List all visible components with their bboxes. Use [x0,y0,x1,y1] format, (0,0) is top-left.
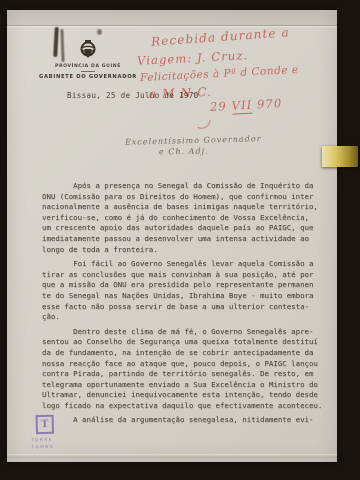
letterhead-office-label: GABINETE DO GOVERNADOR [33,74,143,80]
top-shadow-strip [7,10,337,25]
body-paragraph-4: A análise da argumentação senegalesa, ni… [42,415,334,426]
red-ink-date-day: 29 [210,99,228,114]
red-ink-squiggle [197,117,211,132]
archive-background: PROVÍNCIA DA GUINÉ GABINETE DO GOVERNADO… [0,0,360,480]
dedication-line-1: Excelentíssimo Governador [125,134,262,147]
coat-of-arms-icon [78,40,98,62]
body-paragraph-1: Após a presença no Senegal da Comissão d… [42,181,334,255]
red-ink-date: 29 VII 970 [210,96,283,114]
red-ink-line-1: Recebida durante a [151,25,290,49]
dedication-line-2: e Ch. Adj. [159,147,209,157]
body-paragraph-2: Foi fácil ao Governo Senegalês levar aqu… [42,259,334,323]
stamp-letter-box: T [36,415,54,434]
dateline: Bissau, 25 de Julho de 1970 [67,91,199,100]
letterhead: PROVÍNCIA DA GUINÉ GABINETE DO GOVERNADO… [33,40,143,80]
bottom-edge-highlight [7,454,337,458]
stamp-text-line-1: TORRE [31,436,54,442]
ink-speck [97,29,102,35]
red-ink-line-3: Felicitações à Pª d Conde e [140,64,299,84]
archive-stamp: T TORRE TOMBO [31,415,55,450]
red-ink-date-year: 970 [257,96,283,111]
letterhead-province-label: PROVÍNCIA DA GUINÉ [33,64,143,69]
stamp-letter: T [41,419,49,430]
letterhead-ornament [81,71,95,72]
body-paragraph-3: Dentro deste clima de má fé, o Governo S… [42,327,334,412]
stamp-text-line-2: TOMBO [31,444,54,450]
yellow-archive-tab [322,146,358,167]
red-ink-date-month: VII [231,98,253,115]
document-page: PROVÍNCIA DA GUINÉ GABINETE DO GOVERNADO… [7,10,337,462]
letter-body: Após a presença no Senegal da Comissão d… [42,181,334,430]
red-ink-line-2: Viagem: J. Cruz. [137,48,249,68]
